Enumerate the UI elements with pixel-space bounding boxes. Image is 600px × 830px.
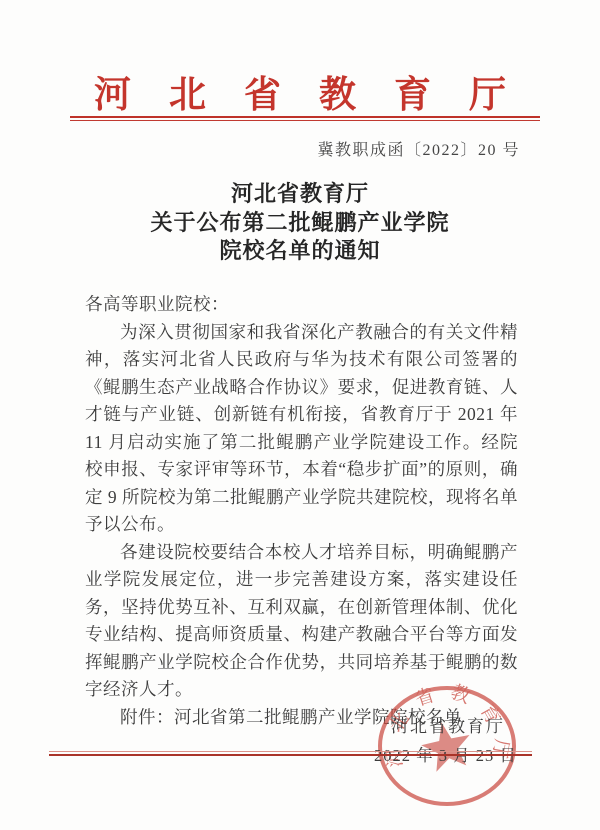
body-paragraph-2: 各建设院校要结合本校人才培养目标，明确鲲鹏产业学院发展定位，进一步完善建设方案，… [85,539,518,704]
document-title-line1: 河北省教育厅 [0,180,600,209]
salutation: 各高等职业院校： [85,291,518,319]
body-paragraph-1: 为深入贯彻国家和我省深化产教融合的有关文件精神，落实河北省人民政府与华为技术有限… [85,319,518,539]
document-page: 河北省教育厅 冀教职成函〔2022〕20 号 河北省教育厅 关于公布第二批鲲鹏产… [0,0,600,830]
bottom-red-rule [49,751,532,756]
document-title-line3: 院校名单的通知 [0,237,600,266]
document-body: 各高等职业院校： 为深入贯彻国家和我省深化产教融合的有关文件精神，落实河北省人民… [85,291,518,731]
signature-org: 河北省教育厅 [391,712,505,737]
document-title: 河北省教育厅 关于公布第二批鲲鹏产业学院 院校名单的通知 [0,180,600,266]
letterhead-divider-rule [70,116,540,121]
letterhead-org-name: 河北省教育厅 [0,64,600,118]
document-number: 冀教职成函〔2022〕20 号 [0,137,520,160]
document-title-line2: 关于公布第二批鲲鹏产业学院 [0,209,600,238]
